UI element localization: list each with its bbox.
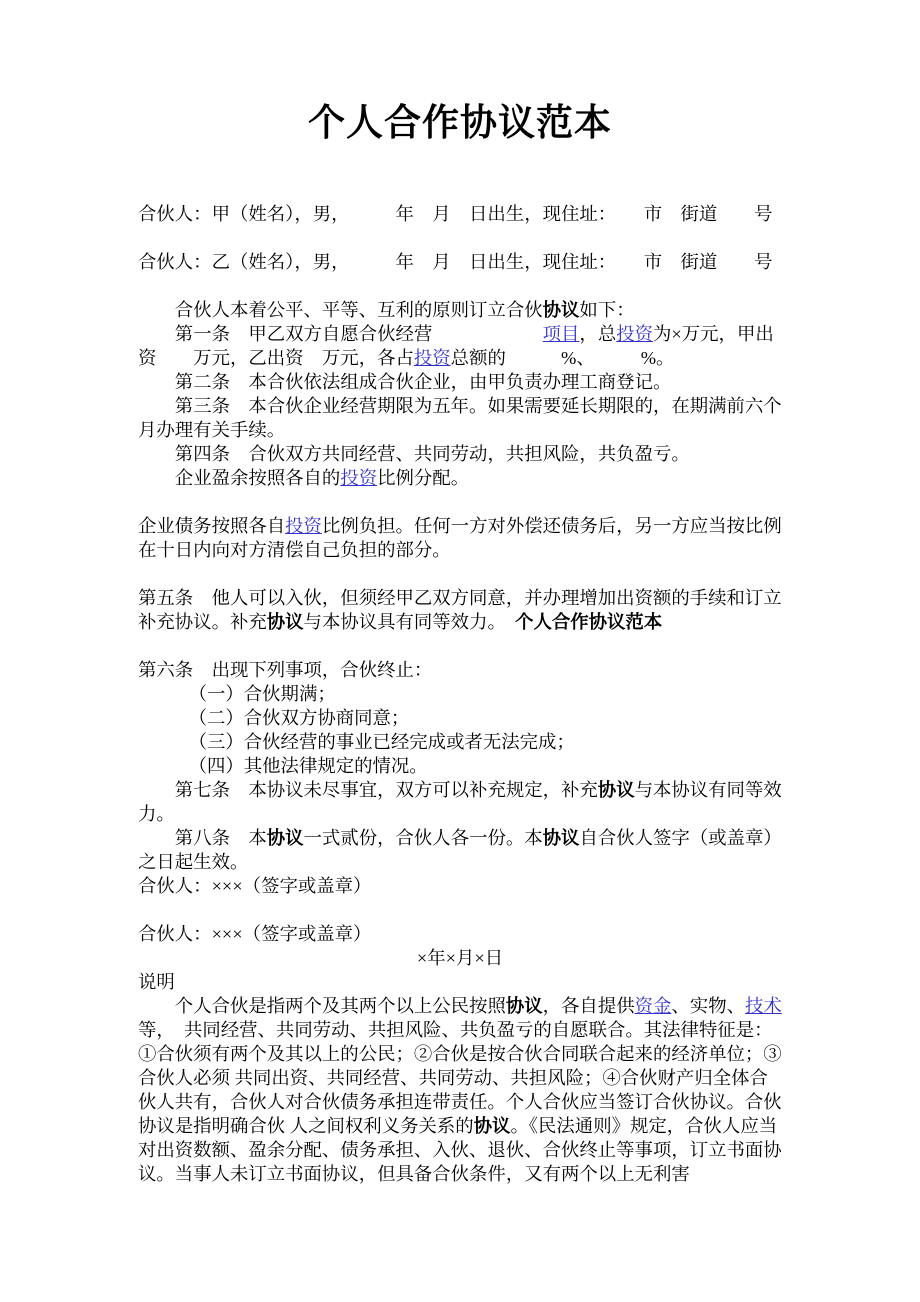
text-run: 说明	[138, 972, 175, 992]
hyperlink[interactable]: 投资	[340, 468, 377, 488]
blank-line	[138, 490, 782, 514]
bold-text-run: 协议	[543, 300, 580, 320]
hyperlink[interactable]: 投资	[414, 348, 451, 368]
text-run: 比例分配。	[377, 468, 469, 488]
blank-line	[138, 274, 782, 298]
text-run: 第六条 出现下列事项，合伙终止：	[138, 660, 432, 680]
paragraph: 个人合伙是指两个及其两个以上公民按照协议，各自提供资金、实物、技术等， 共同经营…	[138, 994, 782, 1186]
hyperlink[interactable]: 资金	[635, 996, 672, 1016]
hyperlink[interactable]: 投资	[616, 324, 653, 344]
text-run: 与本协议具有同等效力。	[304, 612, 516, 632]
paragraph: （三）合伙经营的事业已经完成或者无法完成；	[138, 730, 782, 754]
bold-text-run: 协议	[506, 996, 543, 1016]
blank-line	[138, 562, 782, 586]
paragraph: 合伙人：甲（姓名），男， 年 月 日出生，现住址： 市 街道 号	[138, 202, 782, 226]
blank-line	[138, 634, 782, 658]
text-run: 企业债务按照各自	[138, 516, 285, 536]
paragraph: 第五条 他人可以入伙，但须经甲乙双方同意，并办理增加出资额的手续和订立补充协议。…	[138, 586, 782, 634]
text-run: 如下：	[579, 300, 634, 320]
bold-text-run: 协议	[474, 1116, 511, 1136]
bold-text-run: 协议	[543, 828, 580, 848]
paragraph: （一）合伙期满；	[138, 682, 782, 706]
text-run: （三）合伙经营的事业已经完成或者无法完成；	[189, 732, 575, 752]
text-run: （二）合伙双方协商同意；	[189, 708, 410, 728]
blank-line	[138, 226, 782, 250]
text-run: 合伙人：×××（签字或盖章）	[138, 924, 371, 944]
bold-text-run: 协议	[267, 828, 304, 848]
paragraph: 第二条 本合伙依法组成合伙企业，由甲负责办理工商登记。	[138, 370, 782, 394]
hyperlink[interactable]: 投资	[285, 516, 322, 536]
paragraph: 第四条 合伙双方共同经营、共同劳动，共担风险，共负盈亏。	[138, 442, 782, 466]
paragraph: ×年×月×日	[138, 946, 782, 970]
document-title: 个人合作协议范本	[138, 100, 782, 148]
paragraph: （四）其他法律规定的情况。	[138, 754, 782, 778]
hyperlink[interactable]: 技术	[745, 996, 782, 1016]
text-run: （四）其他法律规定的情况。	[189, 756, 428, 776]
paragraph: 第八条 本协议一式贰份，合伙人各一份。本协议自合伙人签字（或盖章）之日起生效。	[138, 826, 782, 874]
text-run: 一式贰份，合伙人各一份。本	[304, 828, 543, 848]
text-run: 第二条 本合伙依法组成合伙企业，由甲负责办理工商登记。	[175, 372, 672, 392]
text-run: 第七条 本协议未尽事宜，双方可以补充规定，补充	[175, 780, 598, 800]
paragraph: 说明	[138, 970, 782, 994]
paragraph: 第一条 甲乙双方自愿合伙经营 项目，总投资为×万元，甲出资 万元，乙出资 万元，…	[138, 322, 782, 370]
text-run: ，总	[579, 324, 616, 344]
text-run: 企业盈余按照各自的	[175, 468, 341, 488]
document-body: 合伙人：甲（姓名），男， 年 月 日出生，现住址： 市 街道 号合伙人：乙（姓名…	[138, 202, 782, 1186]
bold-text-run: 协议	[598, 780, 635, 800]
text-run: 合伙人：乙（姓名），男， 年 月 日出生，现住址： 市 街道 号	[138, 252, 772, 272]
bold-text-run: 协议	[267, 612, 304, 632]
text-run: ×年×月×日	[417, 948, 503, 968]
paragraph: （二）合伙双方协商同意；	[138, 706, 782, 730]
document-page: 个人合作协议范本 合伙人：甲（姓名），男， 年 月 日出生，现住址： 市 街道 …	[0, 0, 920, 1302]
text-run: 合伙人：×××（签字或盖章）	[138, 876, 371, 896]
paragraph: 合伙人：乙（姓名），男， 年 月 日出生，现住址： 市 街道 号	[138, 250, 782, 274]
paragraph: 合伙人：×××（签字或盖章）	[138, 922, 782, 946]
text-run: 个人合伙是指两个及其两个以上公民按照	[175, 996, 506, 1016]
text-run: 第一条 甲乙双方自愿合伙经营	[175, 324, 543, 344]
bold-text-run: 个人合作协议范本	[515, 612, 662, 632]
paragraph: 合伙人：×××（签字或盖章）	[138, 874, 782, 898]
text-run: 合伙人：甲（姓名），男， 年 月 日出生，现住址： 市 街道 号	[138, 204, 772, 224]
paragraph: 第七条 本协议未尽事宜，双方可以补充规定，补充协议与本协议有同等效力。	[138, 778, 782, 826]
text-run: （一）合伙期满；	[189, 684, 336, 704]
paragraph: 合伙人本着公平、平等、互利的原则订立合伙协议如下：	[138, 298, 782, 322]
hyperlink[interactable]: 项目	[543, 324, 580, 344]
paragraph: 第三条 本合伙企业经营期限为五年。如果需要延长期限的，在期满前六个月办理有关手续…	[138, 394, 782, 442]
text-run: ，各自提供	[543, 996, 635, 1016]
paragraph: 企业债务按照各自投资比例负担。任何一方对外偿还债务后，另一方应当按比例在十日内向…	[138, 514, 782, 562]
text-run: 总额的 %、 %。	[451, 348, 675, 368]
blank-line	[138, 898, 782, 922]
text-run: 第四条 合伙双方共同经营、共同劳动，共担风险，共负盈亏。	[175, 444, 690, 464]
text-run: 合伙人本着公平、平等、互利的原则订立合伙	[175, 300, 543, 320]
text-run: 第三条 本合伙企业经营期限为五年。如果需要延长期限的，在期满前六个月办理有关手续…	[138, 396, 782, 440]
text-run: 第八条 本	[175, 828, 267, 848]
text-run: 、实物、	[671, 996, 745, 1016]
paragraph: 企业盈余按照各自的投资比例分配。	[138, 466, 782, 490]
paragraph: 第六条 出现下列事项，合伙终止：	[138, 658, 782, 682]
